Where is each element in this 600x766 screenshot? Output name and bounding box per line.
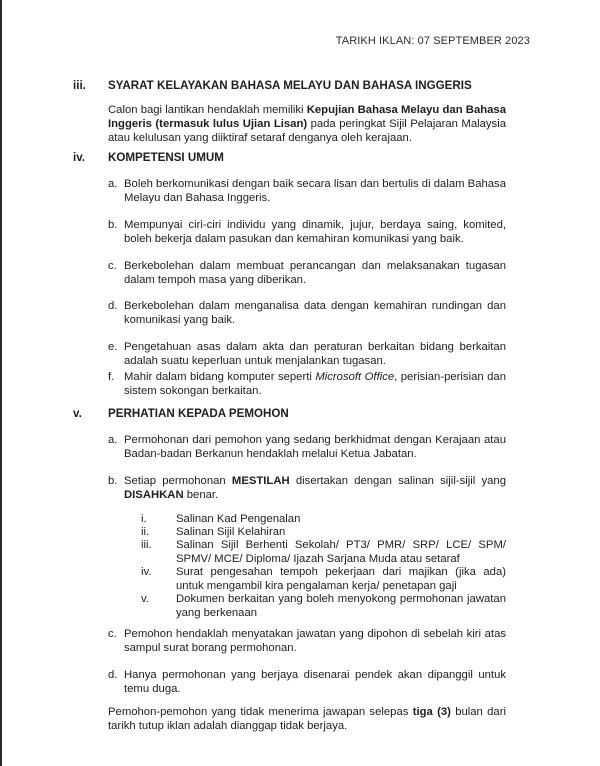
sub-item-text: Salinan Sijil Kelahiran — [176, 525, 506, 539]
advert-date: TARIKH IKLAN: 07 SEPTEMBER 2023 — [336, 35, 530, 47]
section-number: v. — [73, 407, 82, 420]
item-text: Berkebolehan dalam menganalisa data deng… — [124, 299, 506, 327]
italic-text: Microsoft Office — [315, 371, 394, 383]
item-letter: d. — [108, 668, 117, 682]
bold-text: DISAHKAN — [124, 489, 184, 501]
item-letter: a. — [108, 433, 117, 447]
item-letter: c. — [108, 259, 117, 273]
sub-item-number: v. — [141, 592, 149, 606]
bold-text: tiga (3) — [413, 706, 451, 718]
bold-text: MESTILAH — [232, 475, 290, 487]
text: Pemohon-pemohon yang tidak menerima jawa… — [108, 706, 413, 718]
page-left-edge — [0, 0, 2, 766]
text: Setiap permohonan — [124, 475, 232, 487]
item-text: Mahir dalam bidang komputer seperti Micr… — [124, 370, 506, 398]
item-text: Hanya permohonan yang berjaya disenarai … — [124, 668, 506, 696]
sub-item-number: ii. — [141, 525, 149, 539]
section-number: iii. — [73, 79, 86, 92]
item-letter: d. — [108, 299, 117, 313]
text: disertakan dengan salinan sijil-sijil ya… — [290, 475, 506, 487]
sub-item-text: Dokumen berkaitan yang boleh menyokong p… — [176, 592, 506, 620]
sub-item-number: iv. — [141, 565, 151, 579]
sub-item-number: iii. — [141, 538, 152, 552]
closing-note-paragraph: Pemohon-pemohon yang tidak menerima jawa… — [108, 705, 506, 733]
item-letter: c. — [108, 627, 117, 641]
section-title: KOMPETENSI UMUM — [108, 151, 224, 164]
section-heading-iv: iv. KOMPETENSI UMUM — [0, 151, 600, 167]
item-text: Boleh berkomunikasi dengan baik secara l… — [124, 177, 506, 205]
item-text: Pengetahuan asas dalam akta dan peratura… — [124, 340, 506, 368]
item-letter: a. — [108, 177, 117, 191]
item-letter: b. — [108, 474, 117, 488]
section-heading-iii: iii. SYARAT KELAYAKAN BAHASA MELAYU DAN … — [0, 79, 600, 95]
sub-item-text: Salinan Kad Pengenalan — [176, 512, 506, 526]
item-letter: e. — [108, 340, 117, 354]
item-letter: b. — [108, 218, 117, 232]
text: Mahir dalam bidang komputer seperti — [124, 371, 315, 383]
section-number: iv. — [73, 151, 85, 164]
text: Calon bagi lantikan hendaklah memiliki — [108, 104, 307, 116]
language-requirement-paragraph: Calon bagi lantikan hendaklah memiliki K… — [108, 103, 506, 145]
item-text: Pemohon hendaklah menyatakan jawatan yan… — [124, 627, 506, 655]
sub-item-text: Salinan Sijil Berhenti Sekolah/ PT3/ PMR… — [176, 538, 506, 566]
section-heading-v: v. PERHATIAN KEPADA PEMOHON — [0, 407, 600, 423]
item-text: Permohonan dari pemohon yang sedang berk… — [124, 433, 506, 461]
section-title: SYARAT KELAYAKAN BAHASA MELAYU DAN BAHAS… — [108, 79, 472, 92]
item-text: Setiap permohonan MESTILAH disertakan de… — [124, 474, 506, 502]
text: benar. — [184, 489, 219, 501]
section-title: PERHATIAN KEPADA PEMOHON — [108, 407, 289, 420]
item-letter: f. — [108, 370, 114, 384]
sub-item-text: Surat pengesahan tempoh pekerjaan dari m… — [176, 565, 506, 593]
sub-item-number: i. — [141, 512, 147, 526]
item-text: Mempunyai ciri-ciri individu yang dinami… — [124, 218, 506, 246]
item-text: Berkebolehan dalam membuat perancangan d… — [124, 259, 506, 287]
